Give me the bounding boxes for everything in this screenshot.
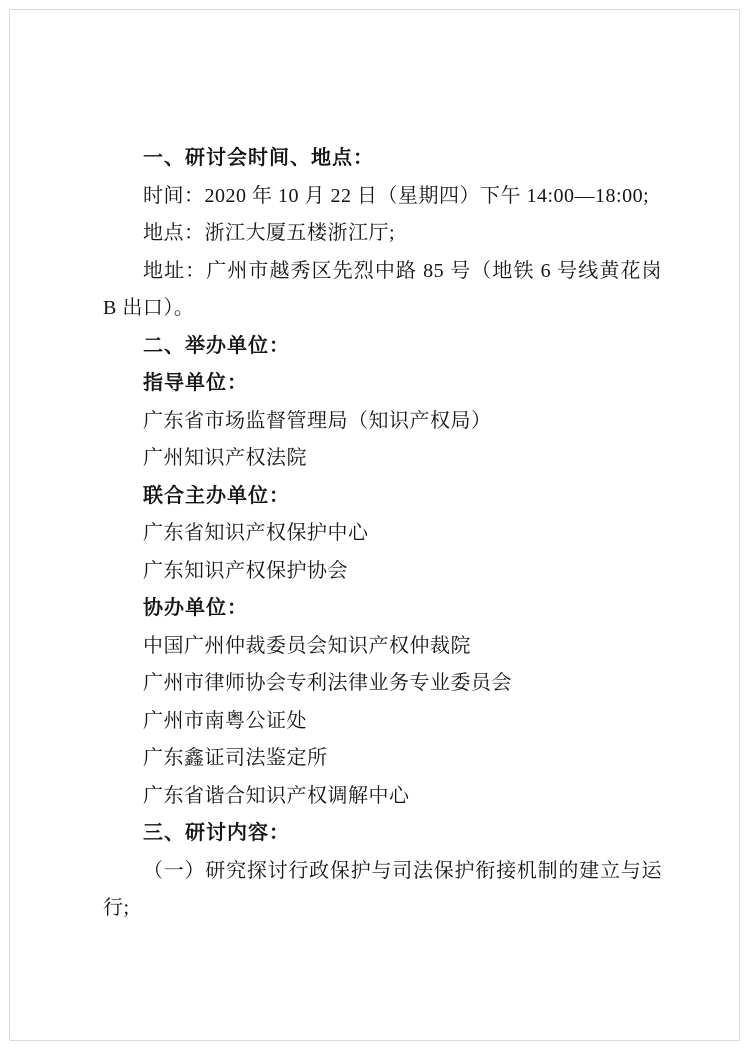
- paragraph: 时间：2020 年 10 月 22 日（星期四）下午 14:00—18:00;: [103, 178, 662, 216]
- document-section: 一、研讨会时间、地点：时间：2020 年 10 月 22 日（星期四）下午 14…: [103, 140, 662, 328]
- subsection-heading: 协办单位：: [103, 590, 662, 628]
- document-section: 三、研讨内容：（一）研究探讨行政保护与司法保护衔接机制的建立与运行;: [103, 815, 662, 928]
- document-page: 一、研讨会时间、地点：时间：2020 年 10 月 22 日（星期四）下午 14…: [9, 9, 740, 1041]
- organization-item: 广东省市场监督管理局（知识产权局）: [103, 403, 662, 441]
- document-canvas: { "theme": { "page_background": "#ffffff…: [0, 0, 750, 1054]
- organization-item: 广东省知识产权保护中心: [103, 515, 662, 553]
- paragraph: （一）研究探讨行政保护与司法保护衔接机制的建立与运行;: [103, 853, 662, 928]
- document-section: 二、举办单位：指导单位：广东省市场监督管理局（知识产权局）广州知识产权法院联合主…: [103, 328, 662, 816]
- subsection-heading: 联合主办单位：: [103, 478, 662, 516]
- section-heading: 一、研讨会时间、地点：: [103, 140, 662, 178]
- document-content: 一、研讨会时间、地点：时间：2020 年 10 月 22 日（星期四）下午 14…: [10, 10, 739, 928]
- organization-item: 广州市律师协会专利法律业务专业委员会: [103, 665, 662, 703]
- organization-item: 广东鑫证司法鉴定所: [103, 740, 662, 778]
- section-heading: 三、研讨内容：: [103, 815, 662, 853]
- paragraph: 地址：广州市越秀区先烈中路 85 号（地铁 6 号线黄花岗 B 出口）。: [103, 253, 662, 328]
- organization-item: 广东知识产权保护协会: [103, 553, 662, 591]
- paragraph: 地点：浙江大厦五楼浙江厅;: [103, 215, 662, 253]
- organization-item: 广州知识产权法院: [103, 440, 662, 478]
- organization-item: 广州市南粤公证处: [103, 703, 662, 741]
- subsection-heading: 指导单位：: [103, 365, 662, 403]
- organization-item: 广东省谐合知识产权调解中心: [103, 778, 662, 816]
- organization-item: 中国广州仲裁委员会知识产权仲裁院: [103, 628, 662, 666]
- section-heading: 二、举办单位：: [103, 328, 662, 366]
